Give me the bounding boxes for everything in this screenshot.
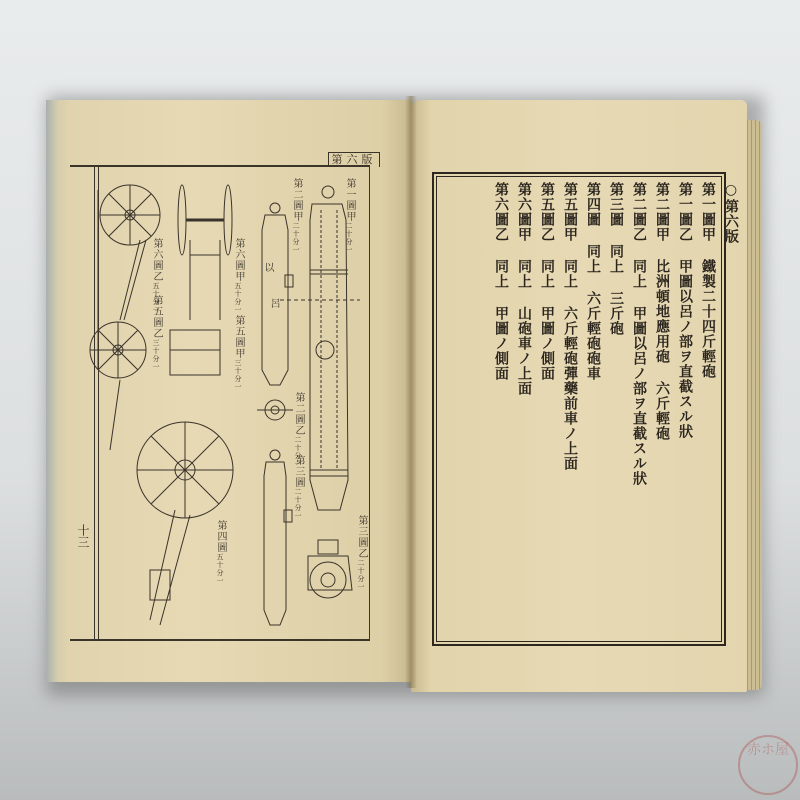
figure-caption-6b: 第六圖乙五十分一 [150,238,162,314]
left-page-edge [46,100,60,682]
figure-caption-6a: 第六圖甲五十分一 [232,238,244,314]
figure-caption-5a: 第五圖甲三十分一 [232,315,244,391]
index-entry: 第一圖乙 甲圖以呂ノ部ヲ直截スル狀 [676,182,694,582]
index-entry: 第二圖甲 比洲頓地應用砲 六斤輕砲 [653,182,671,582]
index-entry: 第二圖乙 同上 甲圖以呂ノ部ヲ直截スル狀 [630,182,648,582]
cannon-6pdr-drawing [257,203,293,420]
index-entry: 第五圖乙 同上 甲圖ノ側面 [538,182,556,582]
index-heading: ○第六版 [722,182,740,582]
frame-rule [369,167,370,639]
figure-index-list: ○第六版 第一圖甲 鐵製二十四斤輕砲 第一圖乙 甲圖以呂ノ部ヲ直截スル狀 第二圖… [492,182,740,582]
figure-caption-3b: 第三圖乙二十分一 [355,515,367,591]
open-book: 第六版 十三 [0,0,800,800]
figure-caption-3: 第三圖二十分一 [292,455,304,520]
index-entry: 第三圖 同上 三斤砲 [607,182,625,582]
figure-caption-1a: 第一圖甲二十分一 [343,178,355,254]
shop-seal-watermark: 赤ホ屋 [738,735,798,795]
index-entry: 第四圖 同上 六斤輕砲砲車 [584,182,602,582]
figure-caption-4: 第四圖五十分一 [214,520,226,585]
index-entry: 第一圖甲 鐵製二十四斤輕砲 [699,182,717,582]
index-entry: 第六圖甲 同上 山砲車ノ上面 [515,182,533,582]
drawing-mark-i: 以 [262,262,273,273]
book-gutter [405,96,417,688]
figure-caption-2a: 第二圖甲二十分一 [290,178,302,254]
index-entry: 第五圖甲 同上 六斤輕砲彈藥前車ノ上面 [561,182,579,582]
index-entry: 第六圖乙 同上 甲圖ノ側面 [492,182,510,582]
drawing-mark-ro: 呂 [268,298,279,309]
mountain-gun-carriage-top [178,185,232,320]
